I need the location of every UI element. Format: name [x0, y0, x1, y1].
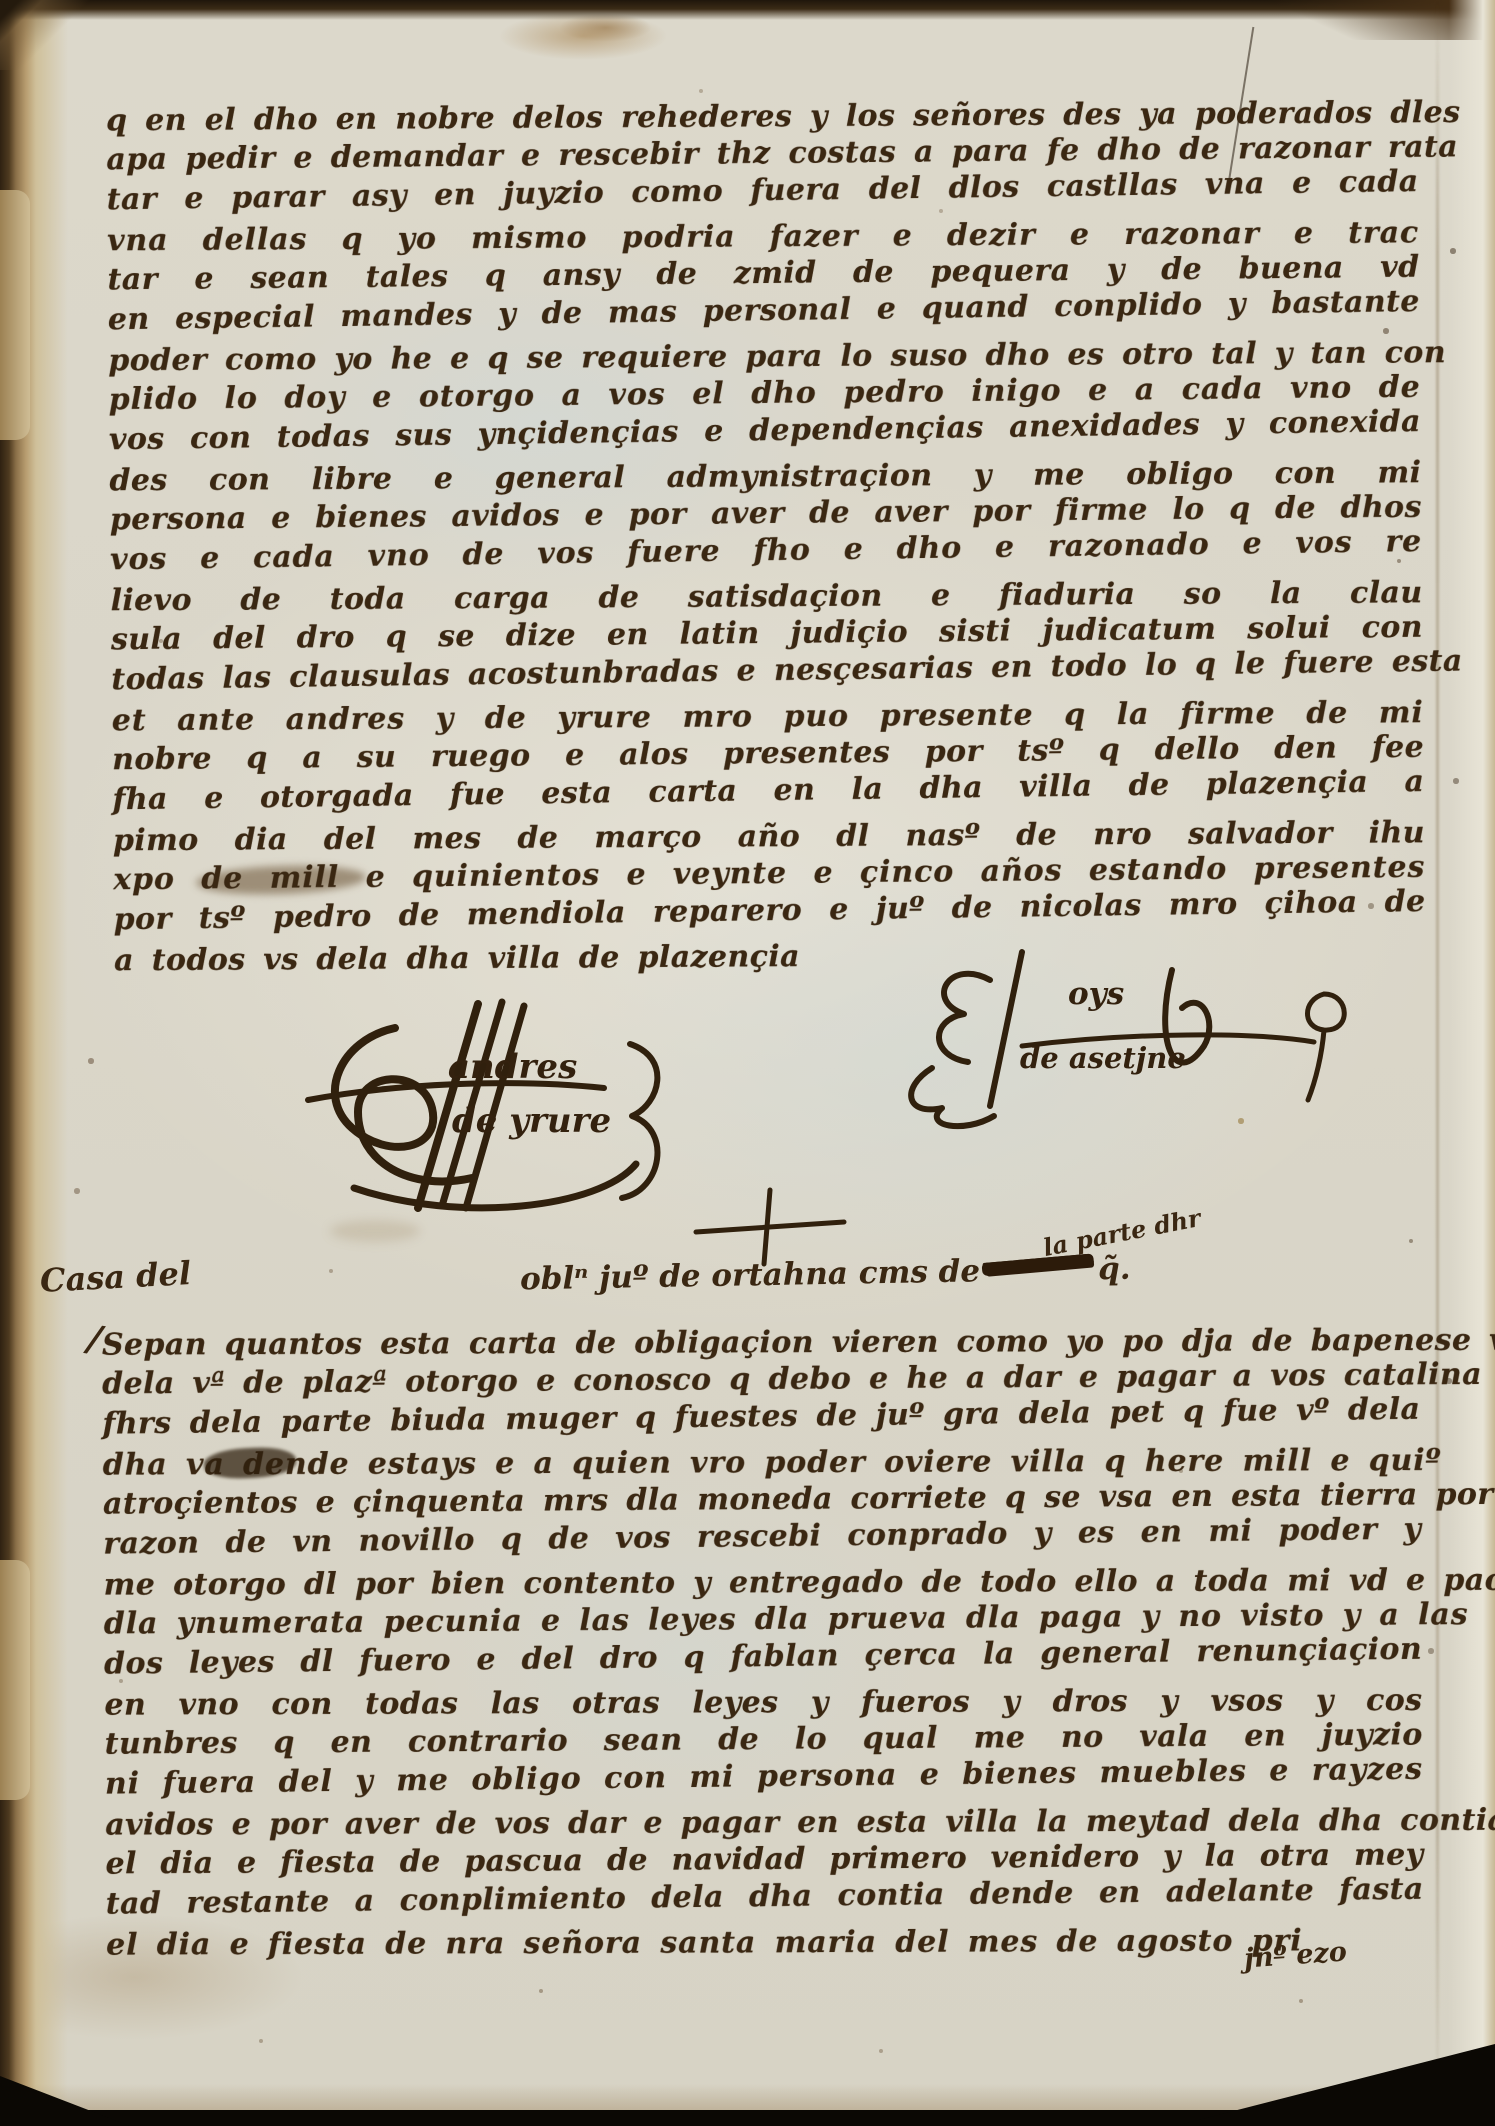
- poder-text-block: q en el dho en nobre delos rehederes y l…: [106, 88, 1426, 981]
- left-signature-rubric: andres de yrure: [300, 1000, 770, 1215]
- signature-name: de asetjne: [1020, 1041, 1186, 1075]
- manuscript-line: et ante andres y de yrure mro puo presen…: [112, 693, 1424, 741]
- manuscript-scan: q en el dho en nobre delos rehederes y l…: [0, 0, 1495, 2126]
- manuscript-line: en vno con todas las otras leyes y fuero…: [104, 1681, 1422, 1726]
- foxing-specks: [0, 0, 2, 2]
- stain: [330, 1220, 420, 1242]
- signature-name: andres: [448, 1047, 577, 1087]
- manuscript-line: avidos e por aver de vos dar e pagar en …: [105, 1801, 1423, 1846]
- obligacion-text-block: Sepan quantos esta carta de obligaçion v…: [102, 1315, 1424, 1964]
- manuscript-line: pimo dia del mes de março año dl nasº de…: [113, 813, 1425, 861]
- binding-stub: [0, 190, 30, 440]
- signature-name: oys: [1068, 976, 1124, 1012]
- heading-text: q̃.: [1098, 1251, 1131, 1288]
- manuscript-line: a todos vs dela dha villa de plazençia: [114, 936, 928, 981]
- manuscript-line: Sepan quantos esta carta de obligaçion v…: [102, 1321, 1420, 1366]
- binding-stub: [0, 1560, 30, 1800]
- right-signature-rubric: oys de asetjne: [872, 948, 1352, 1123]
- manuscript-line: des con libre e general admynistraçion y…: [109, 453, 1421, 501]
- manuscript-line: lievo de toda carga de satisdaçion e fia…: [110, 573, 1422, 621]
- manuscript-line: q en el dho en nobre delos rehederes y l…: [106, 93, 1418, 141]
- margin-note: Casa del: [39, 1254, 192, 1300]
- manuscript-line: dha va dende estays e a quien vro poder …: [103, 1441, 1421, 1486]
- signature-name: de yrure: [452, 1101, 611, 1141]
- manuscript-line: el dia e fiesta de nra señora santa mari…: [106, 1921, 1292, 1965]
- manuscript-line: vna dellas q yo mismo podria fazer e dez…: [107, 213, 1419, 261]
- strike-mark: [982, 1253, 1095, 1276]
- manuscript-line: poder como yo he e q se requiere para lo…: [108, 333, 1420, 381]
- manuscript-line: me otorgo dl por bien contento y entrega…: [104, 1561, 1422, 1606]
- page-corner: [0, 0, 110, 70]
- struck-out-word: [980, 1269, 1098, 1281]
